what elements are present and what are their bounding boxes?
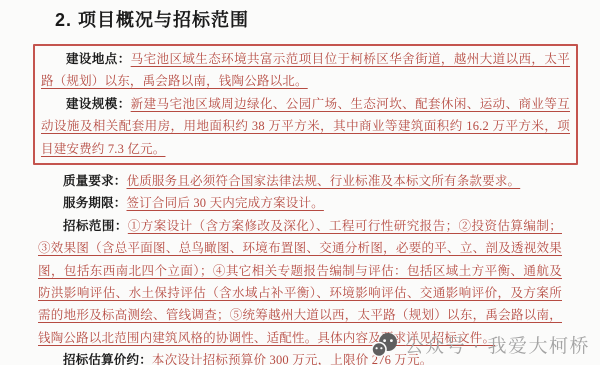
highlight-box: 建设地点：马宅池区域生态环境共富示范项目位于柯桥区华舍街道，越州大道以西，太平路… xyxy=(33,44,578,165)
construction-scale-label: 建设规模： xyxy=(66,97,131,111)
paragraph-construction-scale: 建设规模：新建马宅池区域周边绿化、公园广场、生态河坎、配套休闲、运动、商业等互动… xyxy=(41,93,570,160)
bidding-scope-label: 招标范围： xyxy=(63,219,128,233)
service-period-label: 服务期限： xyxy=(63,196,127,210)
bidding-estimate-price-label: 招标估算价约： xyxy=(63,353,152,365)
paragraph-construction-location: 建设地点：马宅池区域生态环境共富示范项目位于柯桥区华舍街道，越州大道以西，太平路… xyxy=(41,48,570,93)
bidding-scope-content: ①方案设计（含方案修改及深化）、工程可行性研究报告；②投资估算编制；③效果图（含… xyxy=(38,219,562,345)
service-period-content: 签订合同后 30 天内完成方案设计。 xyxy=(127,196,324,210)
watermark: 公众号 · 我爱大柯桥 xyxy=(370,331,590,358)
paragraph-service-period: 服务期限：签订合同后 30 天内完成方案设计。 xyxy=(38,192,562,214)
construction-location-label: 建设地点： xyxy=(66,52,131,66)
wechat-official-account-icon xyxy=(370,332,400,358)
paragraph-quality-requirements: 质量要求：优质服务且必须符合国家法律法规、行业标准及本标文所有条款要求。 xyxy=(38,170,562,192)
paragraph-bidding-scope: 招标范围：①方案设计（含方案修改及深化）、工程可行性研究报告；②投资估算编制；③… xyxy=(38,215,562,349)
quality-requirements-content: 优质服务且必须符合国家法律法规、行业标准及本标文所有条款要求。 xyxy=(127,174,521,188)
document-page: 2. 项目概况与招标范围 建设地点：马宅池区域生态环境共富示范项目位于柯桥区华舍… xyxy=(0,0,600,365)
page-title: 2. 项目概况与招标范围 xyxy=(0,0,600,33)
watermark-text: 公众号 · 我爱大柯桥 xyxy=(405,331,590,358)
quality-requirements-label: 质量要求： xyxy=(63,174,127,188)
